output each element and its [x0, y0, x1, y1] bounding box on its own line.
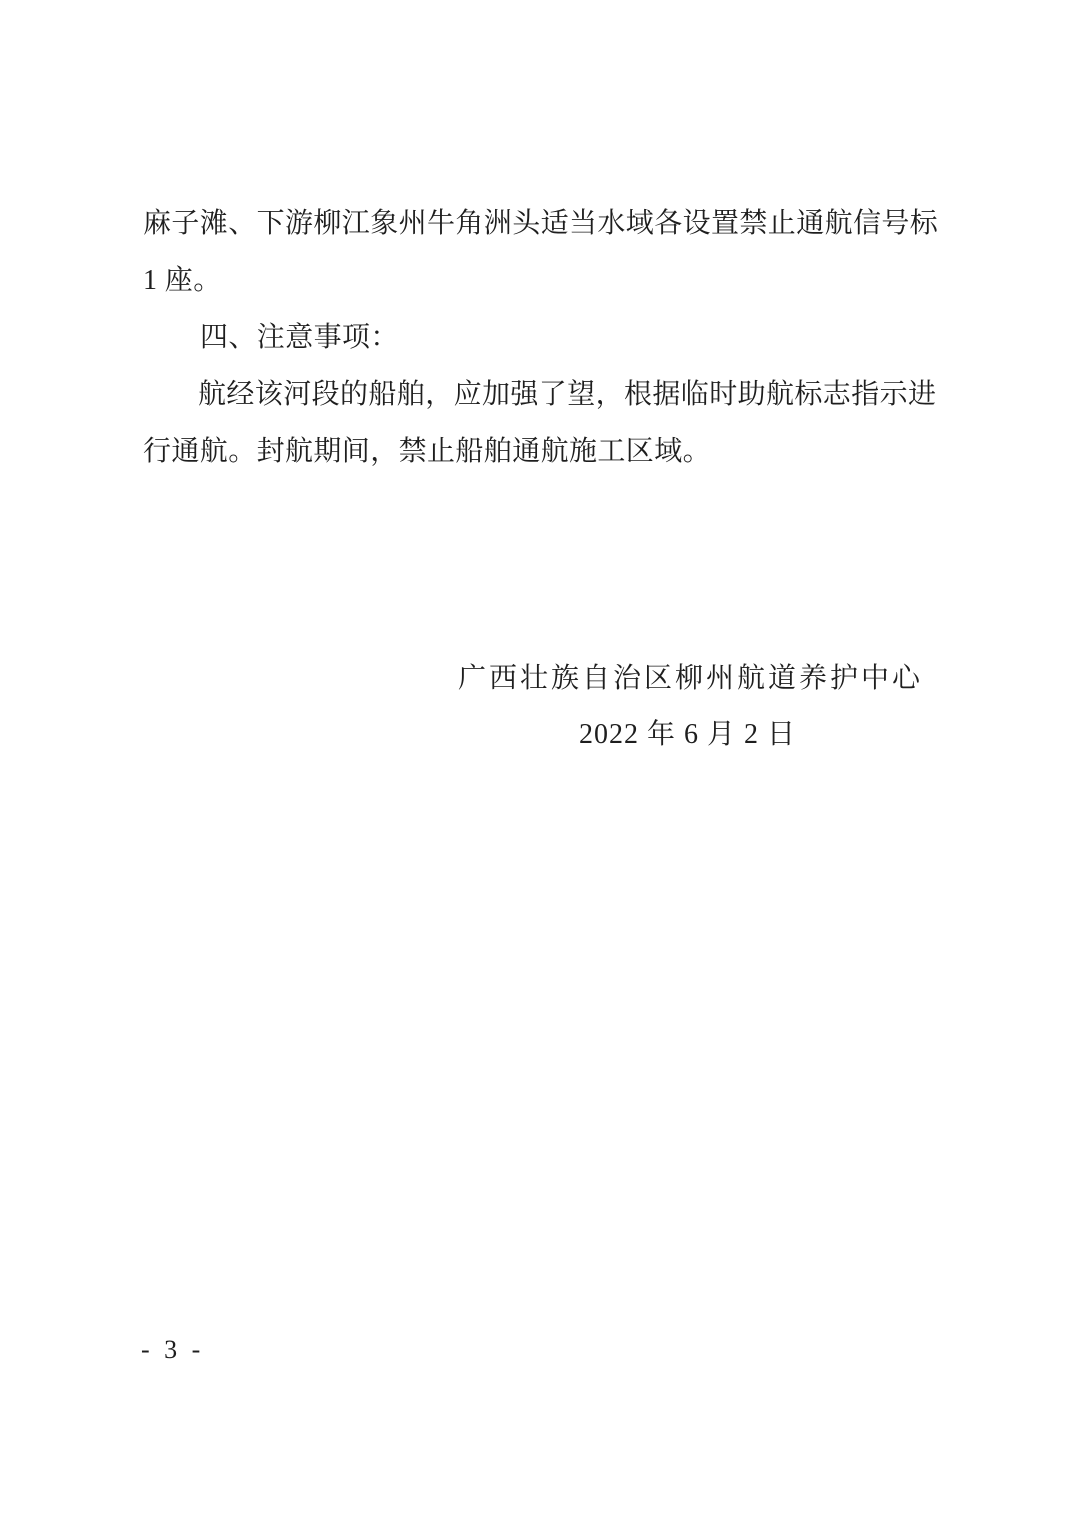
signature-date: 2022 年 6 月 2 日 — [579, 717, 796, 753]
notice-line-2: 行通航。封航期间，禁止船舶通航施工区域。 — [143, 434, 711, 470]
page-number: - 3 - — [141, 1334, 204, 1366]
notice-line-1: 航经该河段的船舶，应加强了望，根据临时助航标志指示进 — [198, 377, 936, 413]
document-page: 麻子滩、下游柳江象州牛角洲头适当水域各设置禁止通航信号标 1 座。 四、注意事项… — [0, 0, 1080, 1527]
body-continuation-line-2: 1 座。 — [143, 263, 222, 299]
section-heading: 四、注意事项： — [200, 320, 399, 356]
signature-issuer: 广西壮族自治区柳州航道养护中心 — [458, 661, 923, 697]
body-continuation-line-1: 麻子滩、下游柳江象州牛角洲头适当水域各设置禁止通航信号标 — [143, 206, 938, 242]
